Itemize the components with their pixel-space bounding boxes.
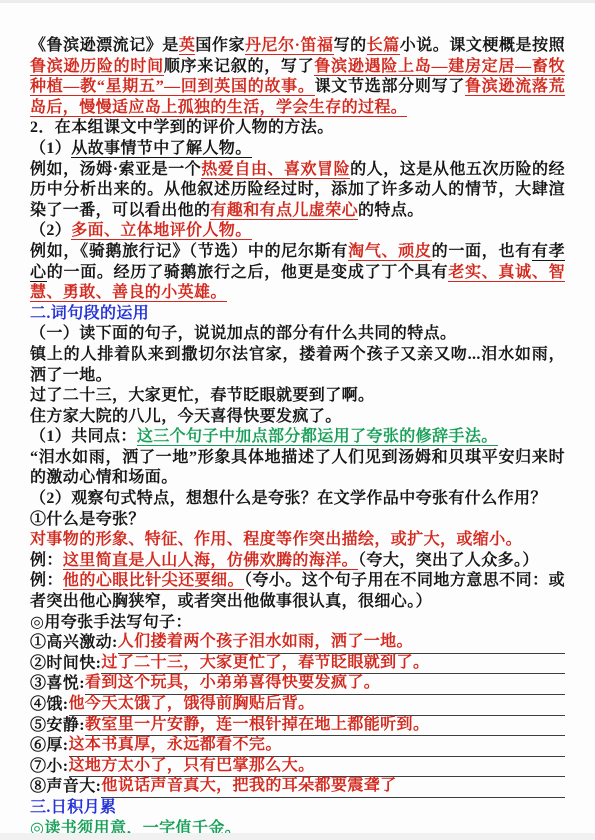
text-segment: 例： xyxy=(30,552,63,569)
exaggeration-definition: 对事物的形象、特征、作用、程度等作突出描绘，或扩大，或缩小。 xyxy=(30,530,565,551)
item-label: ④饿: xyxy=(30,695,69,716)
item-answer: 过了二十三，大家更忙了，春节眨眼就到了。 xyxy=(101,654,429,671)
sentence-thick: ⑥厚:这本书真厚，永远都看不完。 xyxy=(30,736,565,757)
method-2-heading: （2）多面、立体地评价人物。 xyxy=(30,221,565,242)
text-segment: 这三个句子中加点部分都运用了夸张的修辞手法。 xyxy=(137,428,498,446)
text-segment: “泪水如雨，洒了一地”形象具体地描述了人们见到汤姆和贝琪平安归来时的激动心情和场… xyxy=(30,449,565,487)
text-segment: 从故事情节中了解人物。 xyxy=(71,140,251,158)
answer-rule-line: 他说话声音真大，把我的耳朵都要震聋了 xyxy=(101,776,565,798)
answer-rule-line: 过了二十三，大家更忙了，春节眨眼就到了。 xyxy=(101,653,565,675)
item-label: ⑦小: xyxy=(30,757,69,778)
text-segment: ①什么是夸张？ xyxy=(30,511,145,528)
text-segment: 的特点。 xyxy=(358,202,424,219)
exercise-1-prompt: （一）读下面的句子，说说加点的部分有什么共同的特点。 xyxy=(30,324,565,345)
text-segment: 住方家大院的八儿，今天喜得快要发疯了。 xyxy=(30,408,342,425)
text-segment: 课文节选部分则写了 xyxy=(315,78,465,95)
text-segment: （2）观察句式特点，想想什么是夸张？在文学作品中夸张有什么作用？ xyxy=(30,490,547,507)
answer-rule-line: 这本书真厚，永远都看不完。 xyxy=(69,735,565,757)
text-segment: 多面、立体地评价人物。 xyxy=(71,222,251,240)
text-segment: （2） xyxy=(30,222,71,239)
text-segment: 对事物的形象、特征、作用、程度等作突出描绘，或扩大，或缩小。 xyxy=(30,531,522,548)
section-accumulation-heading: 三.日积月累 xyxy=(30,798,565,819)
text-segment: 淘气、顽皮 xyxy=(348,243,432,261)
what-is-exaggeration-question: ①什么是夸张？ xyxy=(30,510,565,531)
answer-rule-line: 这地方太小了，只有巴掌那么大。 xyxy=(69,756,565,778)
question-2-prompt: （2）观察句式特点，想想什么是夸张？在文学作品中夸张有什么作用？ xyxy=(30,489,565,510)
tears-analysis: “泪水如雨，洒了一地”形象具体地描述了人们见到汤姆和贝琪平安归来时的激动心情和场… xyxy=(30,448,565,489)
text-segment: 二.词句段的运用 xyxy=(30,305,149,322)
text-segment: 国作家 xyxy=(195,37,245,54)
document-body: 《鲁滨逊漂流记》是英国作家丹尼尔·笛福写的长篇小说。课文梗概是按照鲁滨逊历险的时… xyxy=(30,36,565,839)
sentence-quiet: ⑤安静:教室里一片安静，连一根针掉在地上都能听到。 xyxy=(30,716,565,737)
item-answer: 他今天太饿了，饿得前胸贴后背。 xyxy=(69,695,315,712)
sentence-time-fast: ②时间快:过了二十三，大家更忙了，春节眨眼就到了。 xyxy=(30,654,565,675)
text-segment: 过了二十三，大家更忙，春节眨眼就要到了啊。 xyxy=(30,387,374,404)
sentence-small: ⑦小:这地方太小了，只有巴掌那么大。 xyxy=(30,757,565,778)
example-minimize: 例：他的心眼比针尖还要细。（夸小。这个句子用在不同地方意思不同：或者突出他心胸狭… xyxy=(30,571,565,612)
text-segment: 例： xyxy=(30,572,63,589)
item-label: ⑥厚: xyxy=(30,736,69,757)
answer-rule-line: 看到这个玩具，小弟弟喜得快要发疯了。 xyxy=(85,673,565,695)
text-segment: 鲁滨逊历险的时间 xyxy=(30,58,164,76)
item-answer: 人们搂着两个孩子泪水如雨，洒了一地。 xyxy=(118,633,413,650)
text-segment: ◎用夸张手法写句子： xyxy=(30,614,192,631)
sentence-hungry: ④饿:他今天太饿了，饿得前胸贴后背。 xyxy=(30,695,565,716)
robinson-summary-paragraph: 《鲁滨逊漂流记》是英国作家丹尼尔·笛福写的长篇小说。课文梗概是按照鲁滨逊历险的时… xyxy=(30,36,565,118)
text-segment: 长篇 xyxy=(367,37,400,55)
text-segment: 热爱自由、喜欢冒险 xyxy=(201,161,350,179)
text-segment: （一）读下面的句子，说说加点的部分有什么共同的特点。 xyxy=(30,325,456,342)
text-segment: 英 xyxy=(179,37,196,55)
nils-example: 例如，《骑鹅旅行记》（节选）中的尼尔斯有淘气、顽皮的一面，也有有孝心的一面。经历… xyxy=(30,242,565,304)
text-segment: 镇上的人排着队来到撒切尔法官家，搂着两个孩子又亲又吻...泪水如雨，洒了一地。 xyxy=(30,346,565,384)
text-segment: 2．在本组课文中学到的评价人物的方法。 xyxy=(30,119,334,136)
item-label: ②时间快: xyxy=(30,654,101,675)
text-segment: 小说。课文梗概是按照 xyxy=(400,37,565,54)
sentence-loud: ⑧声音大:他说话声音真大，把我的耳朵都要震聋了 xyxy=(30,777,565,798)
item-answer: 看到这个玩具，小弟弟喜得快要发疯了。 xyxy=(85,674,380,691)
sample-sentence-2: 过了二十三，大家更忙，春节眨眼就要到了啊。 xyxy=(30,386,565,407)
sample-sentence-1: 镇上的人排着队来到撒切尔法官家，搂着两个孩子又亲又吻...泪水如雨，洒了一地。 xyxy=(30,345,565,386)
answer-rule-line: 他今天太饿了，饿得前胸贴后背。 xyxy=(69,694,565,716)
item-label: ①高兴激动: xyxy=(30,633,118,654)
sentence-excited: ①高兴激动:人们搂着两个孩子泪水如雨，洒了一地。 xyxy=(30,633,565,654)
item-answer: 这地方太小了，只有巴掌那么大。 xyxy=(69,757,315,774)
text-segment: （1） xyxy=(30,140,71,157)
item-answer: 他说话声音真大，把我的耳朵都要震聋了 xyxy=(101,777,396,794)
text-segment: 的一面，也有 xyxy=(432,243,532,260)
item-answer: 这本书真厚，永远都看不完。 xyxy=(69,736,282,753)
text-segment: 这里简直是人山人海，仿佛欢腾的海洋。 xyxy=(63,552,358,570)
text-segment: 有趣和有点儿虚荣心 xyxy=(210,202,358,220)
method-1-heading: （1）从故事情节中了解人物。 xyxy=(30,139,565,160)
common-point-answer: （1）共同点：这三个句子中加点部分都运用了夸张的修辞手法。 xyxy=(30,427,565,448)
text-segment: 《鲁滨逊漂流记》是 xyxy=(30,37,179,54)
text-segment: （1）共同点： xyxy=(30,428,137,445)
item-label: ③喜悦: xyxy=(30,674,85,695)
text-segment: （夸大，突出了人众多。） xyxy=(358,552,539,569)
text-segment: 写的 xyxy=(334,37,367,54)
text-segment: 三.日积月累 xyxy=(30,799,116,816)
example-enlarge: 例：这里简直是人山人海，仿佛欢腾的海洋。（夸大，突出了人众多。） xyxy=(30,551,565,572)
page-top-edge xyxy=(0,0,595,3)
answer-rule-line: 人们搂着两个孩子泪水如雨，洒了一地。 xyxy=(118,632,565,654)
text-segment: 丹尼尔·笛福 xyxy=(245,37,334,55)
answer-rule-line: 教室里一片安静，连一根针掉在地上都能听到。 xyxy=(85,715,565,737)
item-label: ⑧声音大: xyxy=(30,777,101,798)
tom-sawyer-example: 例如，汤姆·索亚是一个热爱自由、喜欢冒险的人，这是从他五次历险的经历中分析出来的… xyxy=(30,160,565,222)
item-answer: 教室里一片安静，连一根针掉在地上都能听到。 xyxy=(85,716,429,733)
page-bottom-edge xyxy=(0,833,595,840)
text-segment: 例如，《骑鹅旅行记》（节选）中的尼尔斯有 xyxy=(30,243,348,260)
text-segment: 的一面。经历了骑鹅旅行之后，他更是变成了丁个具有 xyxy=(47,264,448,281)
text-segment: 例如，汤姆·索亚是一个 xyxy=(30,161,201,178)
text-segment: 顺序来记叙的，写了 xyxy=(164,58,315,75)
sentence-joy: ③喜悦:看到这个玩具，小弟弟喜得快要发疯了。 xyxy=(30,674,565,695)
text-segment: 他的心眼比针尖还要细。 xyxy=(63,572,244,590)
item-label: ⑤安静: xyxy=(30,716,85,737)
section-2-heading: 2．在本组课文中学到的评价人物的方法。 xyxy=(30,118,565,139)
sample-sentence-3: 住方家大院的八儿，今天喜得快要发疯了。 xyxy=(30,407,565,428)
write-sentences-prompt: ◎用夸张手法写句子： xyxy=(30,613,565,634)
section-word-usage-heading: 二.词句段的运用 xyxy=(30,304,565,325)
